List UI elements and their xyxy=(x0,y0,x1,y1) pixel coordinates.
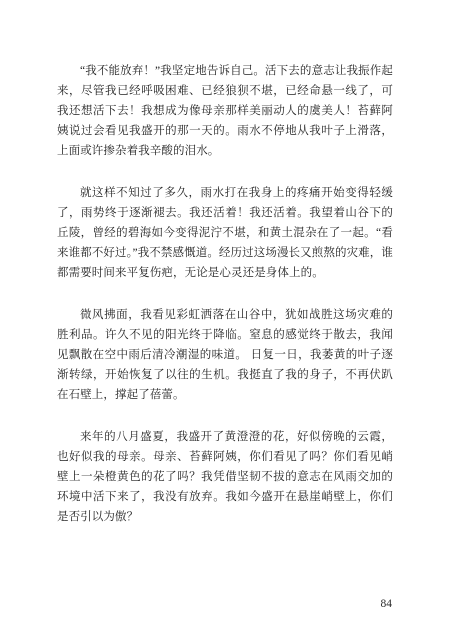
paragraph-2: 就这样不知过了多久，雨水打在我身上的疼痛开始变得轻缓了，雨势终于逐渐褪去。我还活… xyxy=(57,183,393,283)
paragraph-4: 来年的八月盛夏，我盛开了黄澄澄的花，好似傍晚的云霞，也好似我的母亲。母亲、苔藓阿… xyxy=(57,427,393,527)
paragraph-1: “我不能放弃！”我坚定地告诉自己。活下去的意志让我振作起来，尽管我已经呼吸困难、… xyxy=(57,61,393,161)
page-number: 84 xyxy=(381,597,393,611)
text-block: “我不能放弃！”我坚定地告诉自己。活下去的意志让我振作起来，尽管我已经呼吸困难、… xyxy=(57,61,393,527)
paragraph-3: 微风拂面，我看见彩虹洒落在山谷中，犹如战胜这场灾难的胜利品。许久不见的阳光终于降… xyxy=(57,305,393,405)
book-page: “我不能放弃！”我坚定地告诉自己。活下去的意志让我振作起来，尽管我已经呼吸困难、… xyxy=(0,0,450,640)
